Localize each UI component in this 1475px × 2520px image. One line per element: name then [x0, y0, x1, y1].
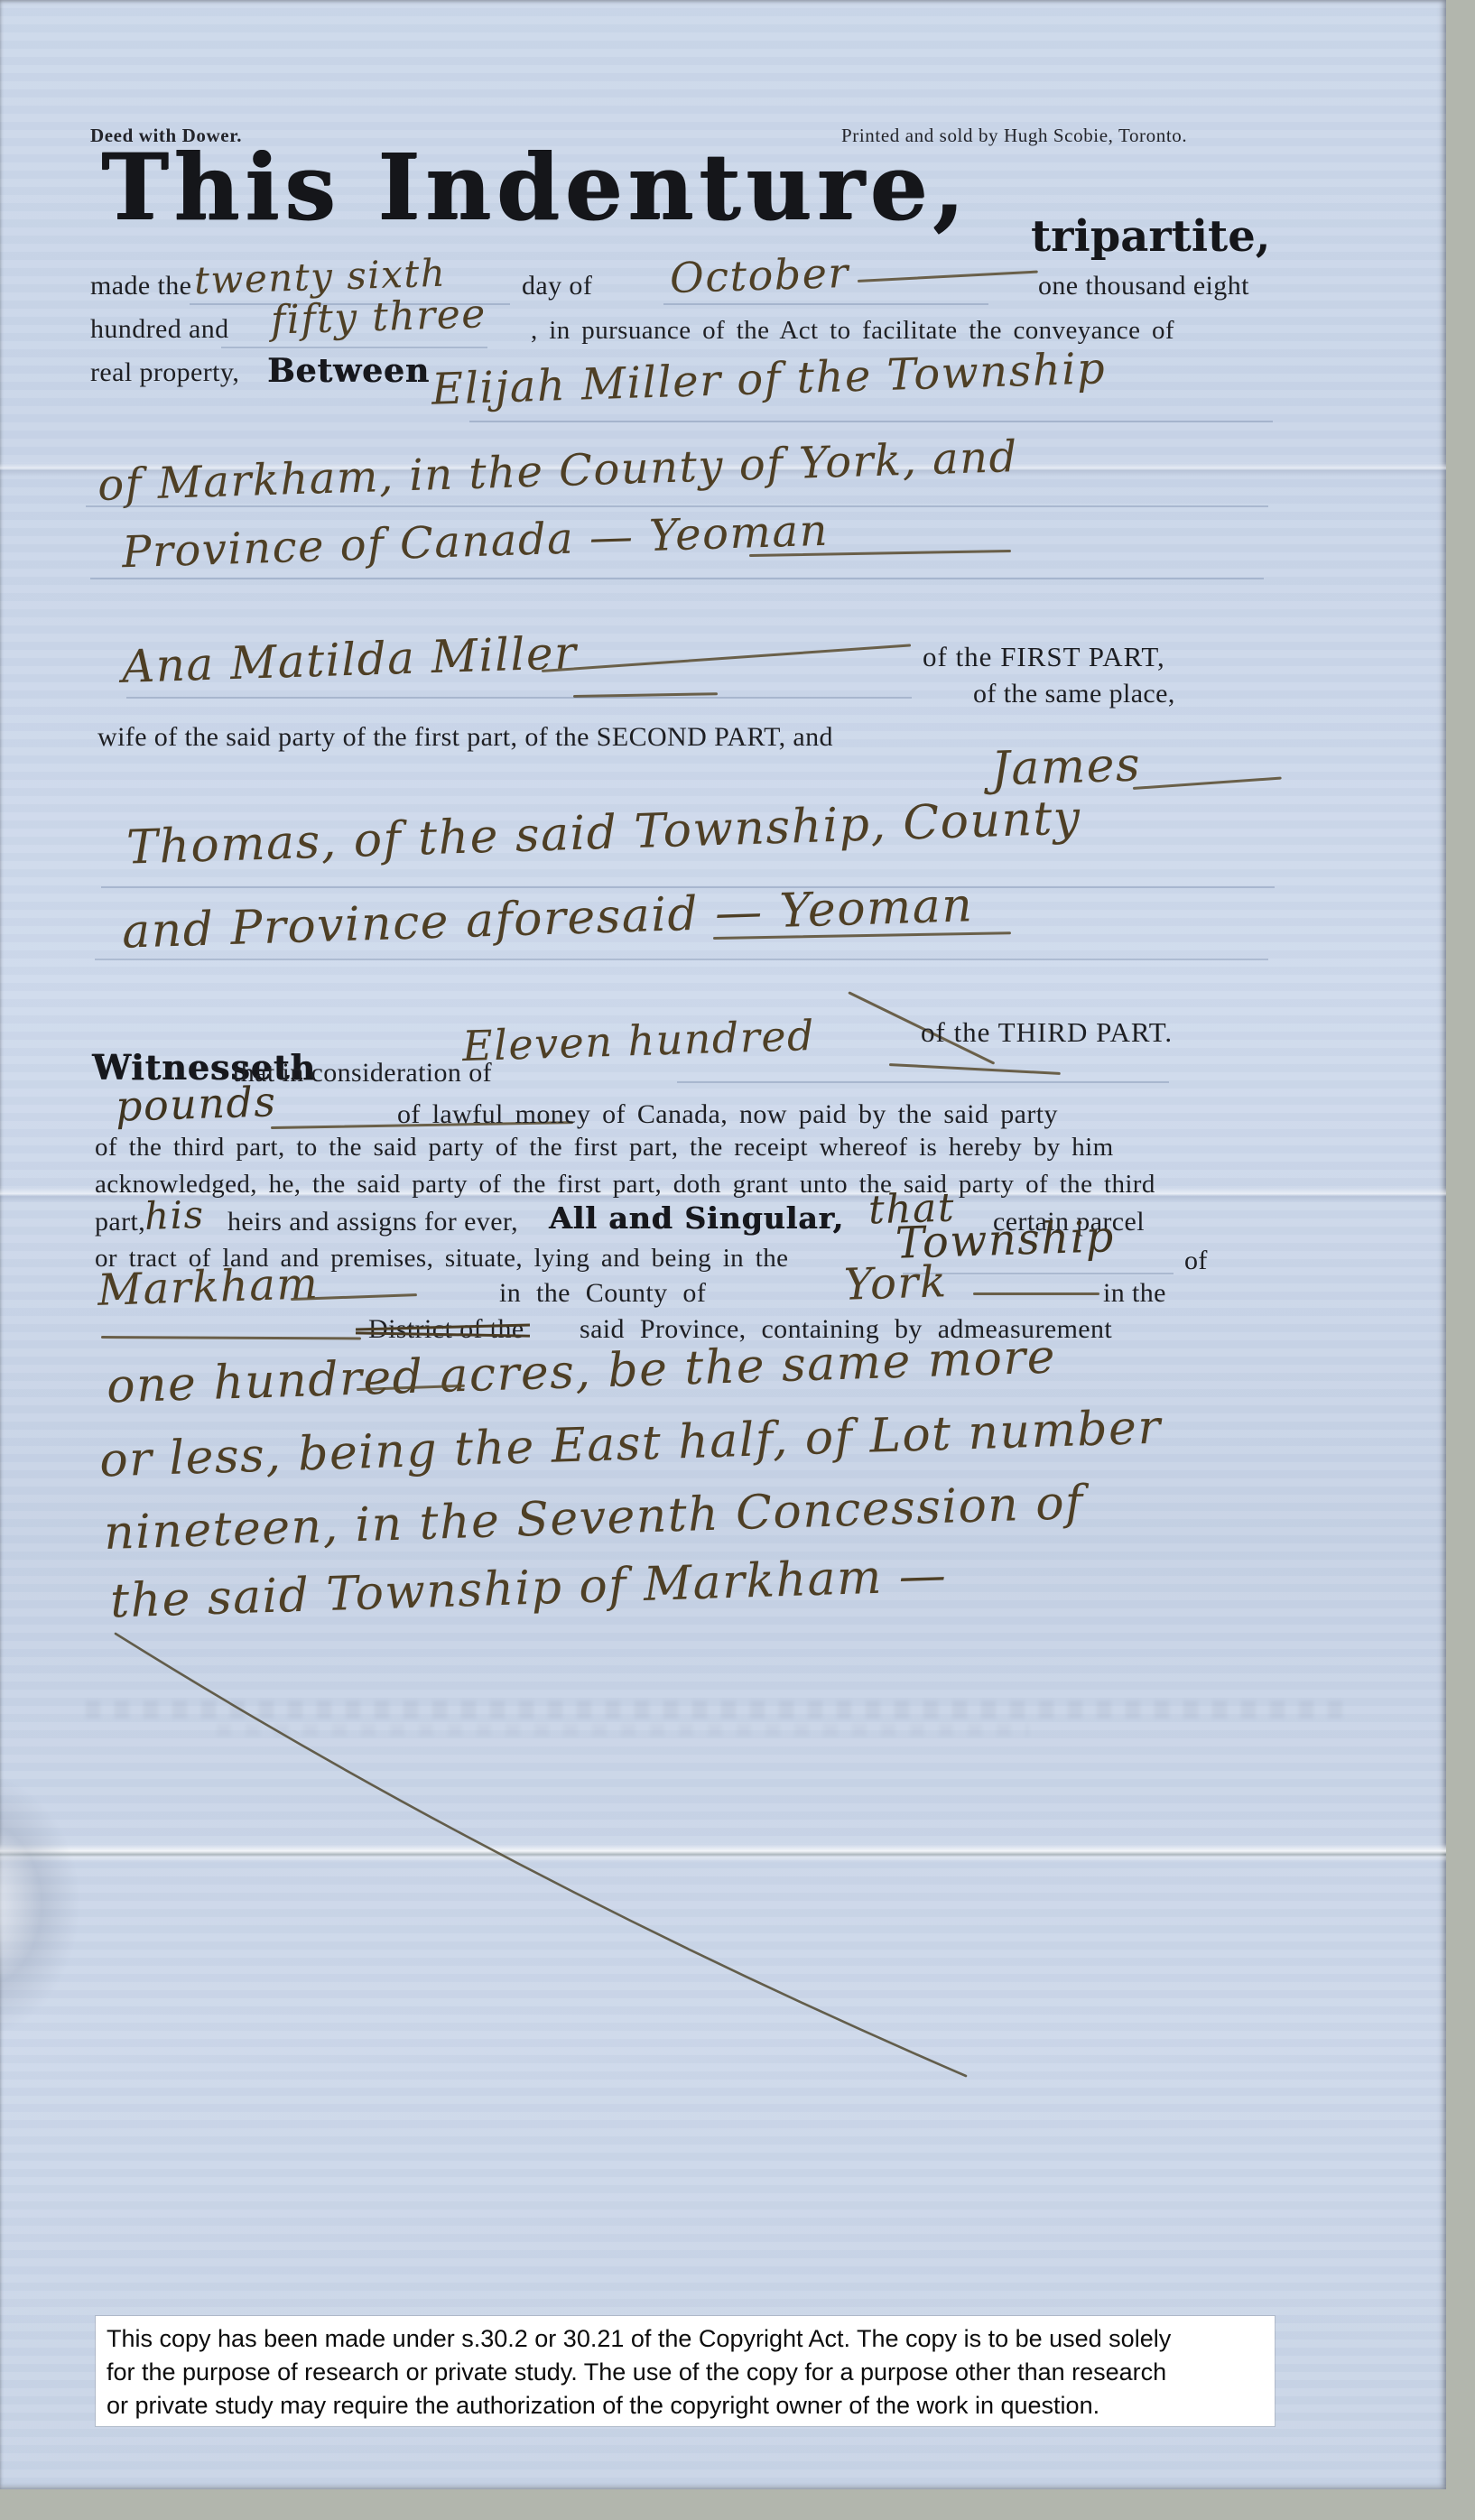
printed-district-struck: District of the — [368, 1314, 524, 1345]
printed-text: heirs and assigns for ever, — [227, 1207, 518, 1237]
printed-text: part, — [95, 1207, 145, 1237]
handwritten-year: fifty three — [270, 291, 487, 343]
fold-crease — [0, 1843, 1446, 1863]
printed-text: acknowledged, he, the said party of the … — [95, 1170, 1155, 1200]
printed-text: hundred and — [90, 314, 229, 345]
printed-text: of lawful money of Canada, now paid by t… — [397, 1099, 1058, 1130]
handwritten-markham: Markham — [97, 1258, 320, 1316]
printed-text: made the — [90, 271, 191, 301]
printed-third-part-label: of the THIRD PART. — [921, 1016, 1173, 1049]
printed-text: of the third part, to the said party of … — [95, 1133, 1114, 1163]
copyright-notice-line2: for the purpose of research or private s… — [96, 2356, 1275, 2389]
form-blank-rule — [469, 421, 1273, 422]
document-title-suffix: tripartite, — [1031, 211, 1270, 262]
ink-bleed-through — [86, 1700, 1350, 1719]
form-blank-rule — [86, 505, 1268, 507]
handwritten-york: York — [843, 1256, 948, 1311]
copyright-notice-box: This copy has been made under s.30.2 or … — [96, 2316, 1275, 2426]
handwritten-party3-first-name: James — [990, 737, 1142, 796]
printed-text: in the — [1103, 1278, 1166, 1309]
copyright-notice-line1: This copy has been made under s.30.2 or … — [96, 2316, 1275, 2356]
form-blank-rule — [663, 303, 988, 305]
printed-second-part-line: wife of the said party of the first part… — [97, 722, 833, 753]
copyright-notice-line3: or private study may require the authori… — [96, 2389, 1275, 2423]
printed-text: real property, — [90, 357, 239, 388]
ink-bleed-through — [217, 1724, 1029, 1737]
form-blank-rule — [126, 697, 912, 699]
form-blank-rule — [221, 347, 487, 348]
printed-text: day of — [522, 271, 592, 301]
paper-crumple — [0, 1769, 81, 2040]
form-blank-rule — [95, 959, 1268, 960]
handwritten-month: October — [669, 248, 849, 302]
document-title: This Indenture, — [101, 134, 969, 240]
flourish-line — [973, 1292, 1099, 1295]
printed-text: in the County of — [499, 1278, 706, 1309]
form-blank-rule — [90, 578, 1264, 579]
handwritten-pounds: pounds — [115, 1077, 277, 1131]
scanned-deed-page: Deed with Dower. Printed and sold by Hug… — [0, 0, 1475, 2520]
printed-text: one thousand eight — [1038, 271, 1249, 301]
printed-all-singular-label: All and Singular, — [549, 1200, 844, 1236]
struck-text: District of the — [368, 1314, 524, 1345]
printed-text: , in pursuance of the Act to facilitate … — [531, 316, 1174, 346]
printed-same-place-label: of the same place, — [973, 679, 1175, 709]
printed-first-part-label: of the FIRST PART, — [923, 641, 1165, 673]
printed-between-label: Between — [267, 352, 430, 390]
form-blank-rule — [677, 1081, 1169, 1083]
handwritten-his: his — [144, 1192, 205, 1238]
printed-text: of — [1184, 1246, 1208, 1276]
